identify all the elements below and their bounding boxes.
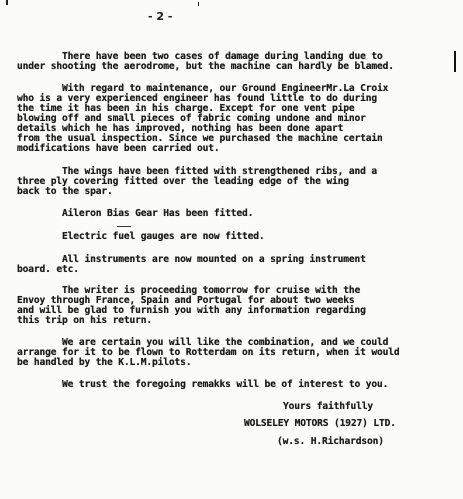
closing-company: WOLSELEY MOTORS (1927) LTD. [244, 419, 396, 429]
closing-salutation: Yours faithfully [283, 402, 373, 412]
letter-page: - 2 - There have been two cases of damag… [0, 0, 463, 499]
paragraph-3-line-3: back to the spar. [17, 187, 113, 197]
margin-bracket [454, 51, 456, 72]
paragraph-7-line-4: this trip on his return. [17, 316, 152, 326]
scan-mark [198, 2, 199, 6]
paragraph-6-line-2: board. etc. [17, 265, 79, 275]
paragraph-9-line-1: We trust the foregoing remakks will be o… [17, 380, 388, 390]
page-number: - 2 - [148, 10, 172, 23]
paragraph-2-line-7: modifications have been carried out. [17, 144, 220, 154]
handwritten-underline [117, 226, 131, 227]
paragraph-4-line-1: Aileron Bias Gear Has been fitted. [17, 209, 253, 219]
closing-signature: (w.s. H.Richardson) [277, 437, 384, 447]
paragraph-1-line-2: under shooting the aerodrome, but the ma… [17, 62, 394, 72]
paragraph-8-line-3: be handled by the K.L.M.pilots. [17, 358, 191, 368]
scan-mark [6, 0, 8, 5]
paragraph-5-line-1: Electric fuel gauges are now fitted. [17, 232, 265, 242]
